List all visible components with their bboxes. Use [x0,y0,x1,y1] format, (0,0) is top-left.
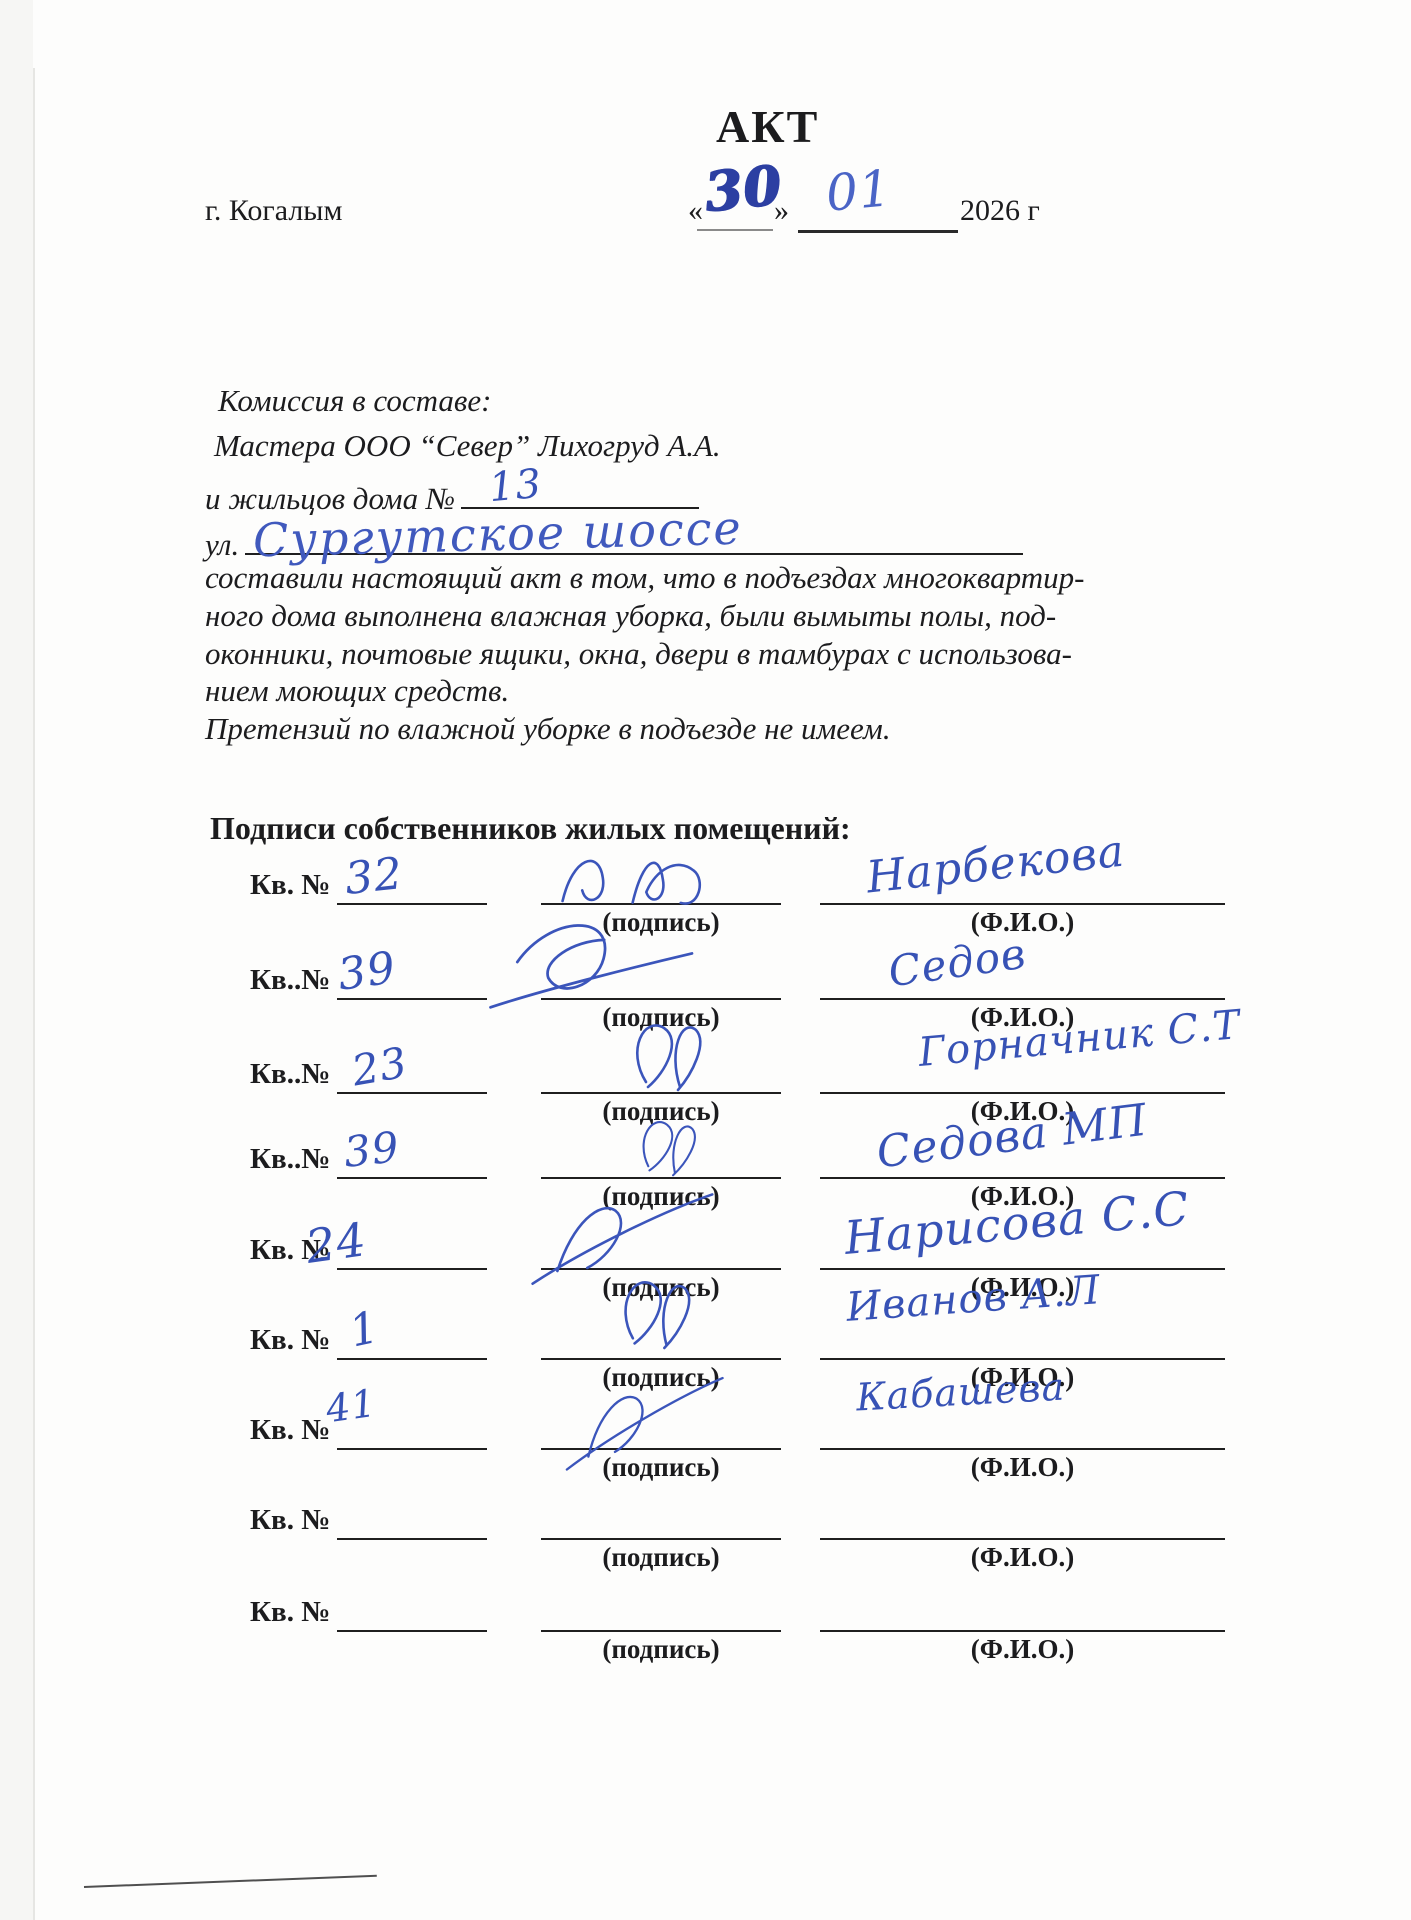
city-label: г. Когалым [205,194,342,228]
signature-caption: (подпись) [541,1542,781,1573]
body-text-line: Претензий по влажной уборке в подъезде н… [205,711,891,747]
apartment-number-handwriting: 41 [323,1381,379,1432]
body-text-line: нием моющих средств. [205,673,509,709]
apartment-label: Кв..№ [250,1058,330,1091]
date-month-underline [798,230,958,233]
apartment-number-line [337,1490,487,1540]
document-title: АКТ [716,100,819,153]
signature-row: Кв. № 41 Кабашева (подпись) (Ф.И.О.) [0,1400,1411,1492]
apartment-label: Кв..№ [250,1143,330,1176]
apartment-label: Кв. № [250,1414,330,1447]
street-underline: Сургутское шоссе [245,517,1023,555]
apartment-number-handwriting: 23 [348,1038,411,1096]
signature-scribble [586,1010,846,1106]
apartment-number-handwriting: 39 [335,942,400,1001]
apartment-number-handwriting: 32 [342,848,405,905]
signature-scribble [572,1263,837,1372]
apartment-number-handwriting: 39 [342,1122,402,1177]
date-day-underline [697,229,773,231]
commission-line: Комиссия в составе: [218,383,491,419]
date-open-quote: « [688,194,703,228]
house-number-handwriting: 13 [487,461,544,511]
date-year-label: 2026 г [960,194,1040,228]
apartment-label: Кв. № [250,1324,330,1357]
fio-caption: (Ф.И.О.) [820,1452,1225,1483]
apartment-number-handwriting: 24 [303,1212,370,1274]
paper-bottom-edge-line [84,1875,377,1888]
scanned-document-page: АКТ г. Когалым « 30 » 01 2026 г Комиссия… [0,0,1411,1920]
fio-line [820,1490,1225,1540]
commission-line: Мастера ООО “Север” Лихогруд А.А. [214,428,721,464]
body-text-line: составили настоящий акт в том, что в под… [205,560,1084,596]
street-prefix: ул. [205,527,239,562]
body-text-line: ного дома выполнена влажная уборка, были… [205,598,1056,634]
signature-line [541,1490,781,1540]
apartment-label: Кв. № [250,869,330,902]
signature-line [541,1582,781,1632]
fio-caption: (Ф.И.О.) [820,1634,1225,1665]
date-day-handwriting: 30 [701,152,784,224]
apartment-label: Кв. № [250,1504,330,1537]
fio-caption: (Ф.И.О.) [820,1542,1225,1573]
apartment-label: Кв..№ [250,964,330,997]
street-line: ул.Сургутское шоссе [205,517,1023,563]
fio-line [820,1582,1225,1632]
street-handwriting: Сургутское шоссе [253,501,744,568]
apartment-number-line [337,1582,487,1632]
date-month-handwriting: 01 [824,159,894,222]
date-close-quote: » [774,194,789,228]
signature-caption: (подпись) [541,1452,781,1483]
signature-row: Кв. № (подпись) (Ф.И.О.) [0,1490,1411,1582]
body-text-line: оконники, почтовые ящики, окна, двери в … [205,636,1072,672]
signature-caption: (подпись) [541,1634,781,1665]
apartment-label: Кв. № [250,1596,330,1629]
signature-row: Кв. № (подпись) (Ф.И.О.) [0,1582,1411,1674]
